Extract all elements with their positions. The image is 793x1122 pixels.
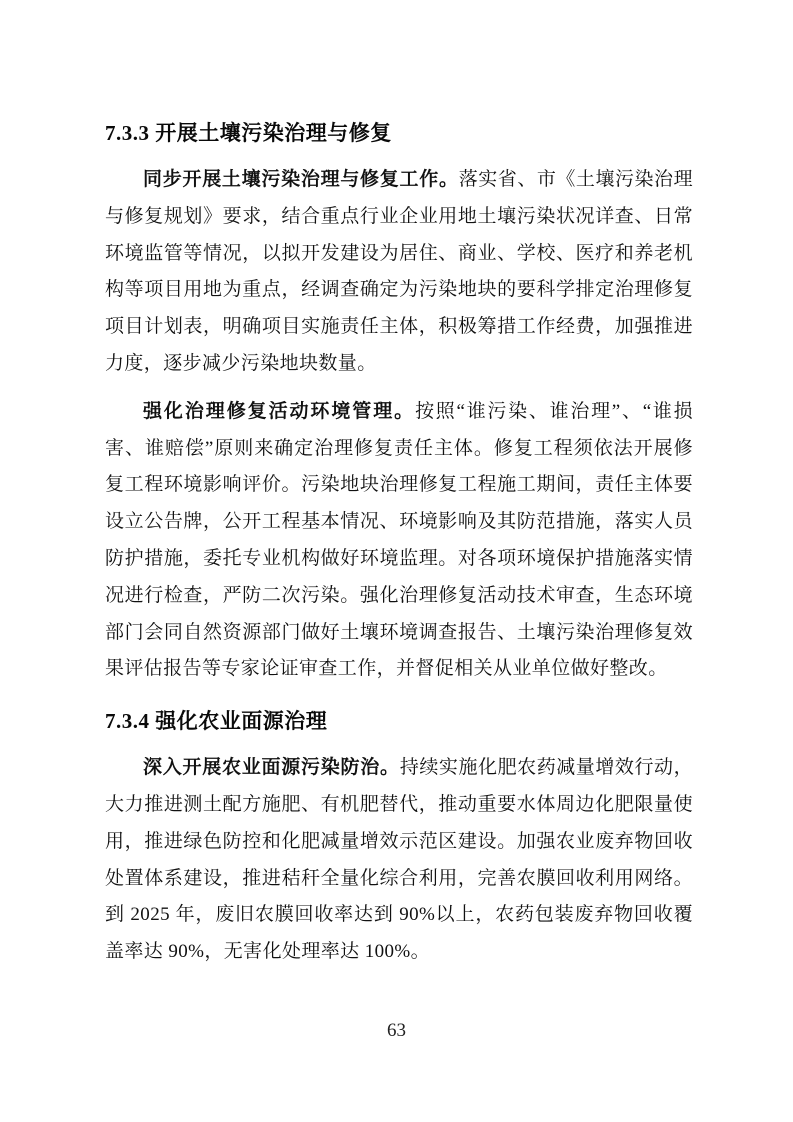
paragraph-text: 持续实施化肥农药减量增效行动，大力推进测土配方施肥、有机肥替代，推动重要水体周边… [105,757,693,962]
page-footer: 63 [0,1020,793,1042]
paragraph-lead: 强化治理修复活动环境管理。 [143,401,415,422]
section-heading-7-3-4: 7.3.4 强化农业面源治理 [105,706,693,736]
document-content: 7.3.3 开展土壤污染治理与修复 同步开展土壤污染治理与修复工作。落实省、市《… [105,118,693,982]
section-heading-7-3-3: 7.3.3 开展土壤污染治理与修复 [105,118,693,148]
paragraph-lead: 深入开展农业面源污染防治。 [143,757,400,778]
page-number: 63 [387,1020,406,1041]
paragraph: 同步开展土壤污染治理与修复工作。落实省、市《土壤污染治理与修复规划》要求，结合重… [105,162,693,383]
paragraph: 强化治理修复活动环境管理。按照“谁污染、谁治理”、“谁损害、谁赔偿”原则来确定治… [105,394,693,688]
paragraph-text: 落实省、市《土壤污染治理与修复规划》要求，结合重点行业企业用地土壤污染状况详查、… [105,169,693,374]
document-page: 7.3.3 开展土壤污染治理与修复 同步开展土壤污染治理与修复工作。落实省、市《… [0,0,793,1122]
paragraph-lead: 同步开展土壤污染治理与修复工作。 [143,169,459,190]
paragraph: 深入开展农业面源污染防治。持续实施化肥农药减量增效行动，大力推进测土配方施肥、有… [105,750,693,971]
paragraph-text: 按照“谁污染、谁治理”、“谁损害、谁赔偿”原则来确定治理修复责任主体。修复工程须… [105,401,693,680]
